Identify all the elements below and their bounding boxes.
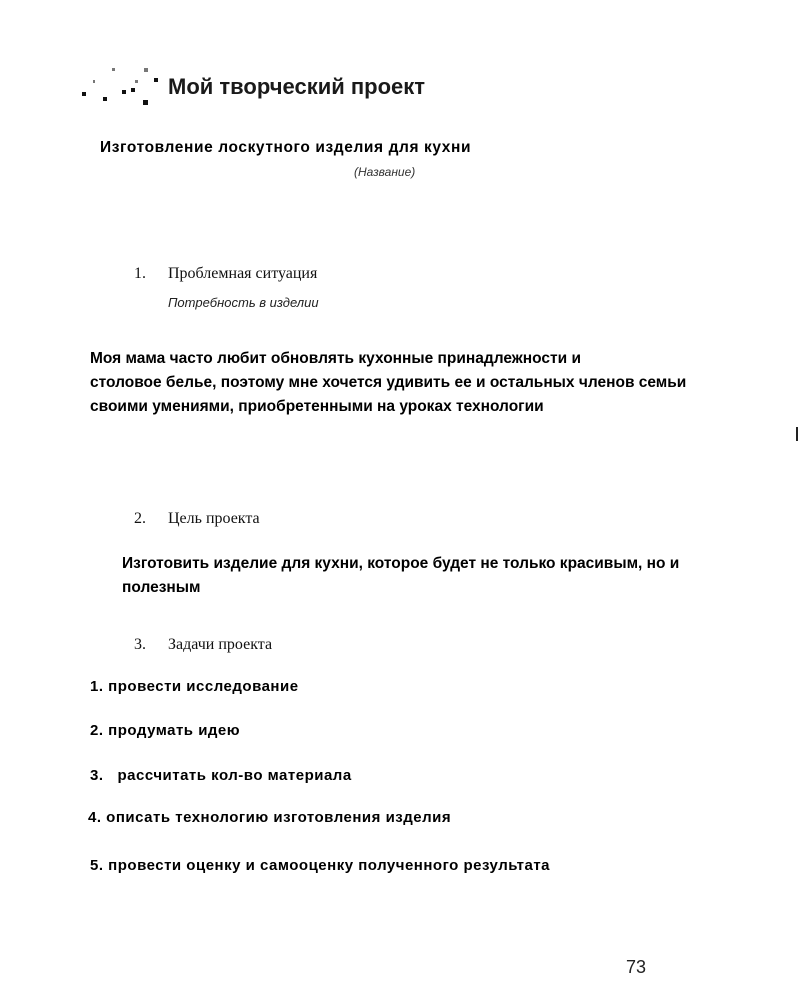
- task-item: 1. провести исследование: [90, 678, 299, 695]
- text-line: своими умениями, приобретенными на урока…: [90, 395, 686, 419]
- task-item: 2. продумать идею: [90, 722, 240, 739]
- task-item: 4. описать технологию изготовления издел…: [88, 809, 451, 826]
- task-item: 3. рассчитать кол-во материала: [90, 767, 352, 784]
- section-subheading: Потребность в изделии: [168, 295, 319, 310]
- section-heading-goal: 2.Цель проекта: [134, 510, 260, 528]
- section-title: Цель проекта: [168, 510, 260, 527]
- section-title: Задачи проекта: [168, 636, 272, 653]
- section-heading-tasks: 3.Задачи проекта: [134, 636, 272, 654]
- project-name: Изготовление лоскутного изделия для кухн…: [100, 139, 471, 157]
- text-line: Моя мама часто любит обновлять кухонные …: [90, 347, 686, 371]
- section-number: 2.: [134, 510, 168, 528]
- section-title: Проблемная ситуация: [168, 265, 317, 282]
- text-line: полезным: [122, 576, 679, 600]
- goal-text: Изготовить изделие для кухни, которое бу…: [122, 552, 679, 600]
- page-number: 73: [626, 957, 646, 978]
- text-line: столовое белье, поэтому мне хочется удив…: [90, 371, 686, 395]
- task-item: 5. провести оценку и самооценку полученн…: [90, 857, 550, 874]
- text-line: Изготовить изделие для кухни, которое бу…: [122, 552, 679, 576]
- problem-text: Моя мама часто любит обновлять кухонные …: [90, 347, 686, 419]
- section-heading-problem: 1.Проблемная ситуация: [134, 265, 317, 283]
- section-number: 3.: [134, 636, 168, 654]
- page-title: Мой творческий проект: [168, 74, 425, 100]
- project-name-caption: (Название): [354, 165, 415, 179]
- section-number: 1.: [134, 265, 168, 283]
